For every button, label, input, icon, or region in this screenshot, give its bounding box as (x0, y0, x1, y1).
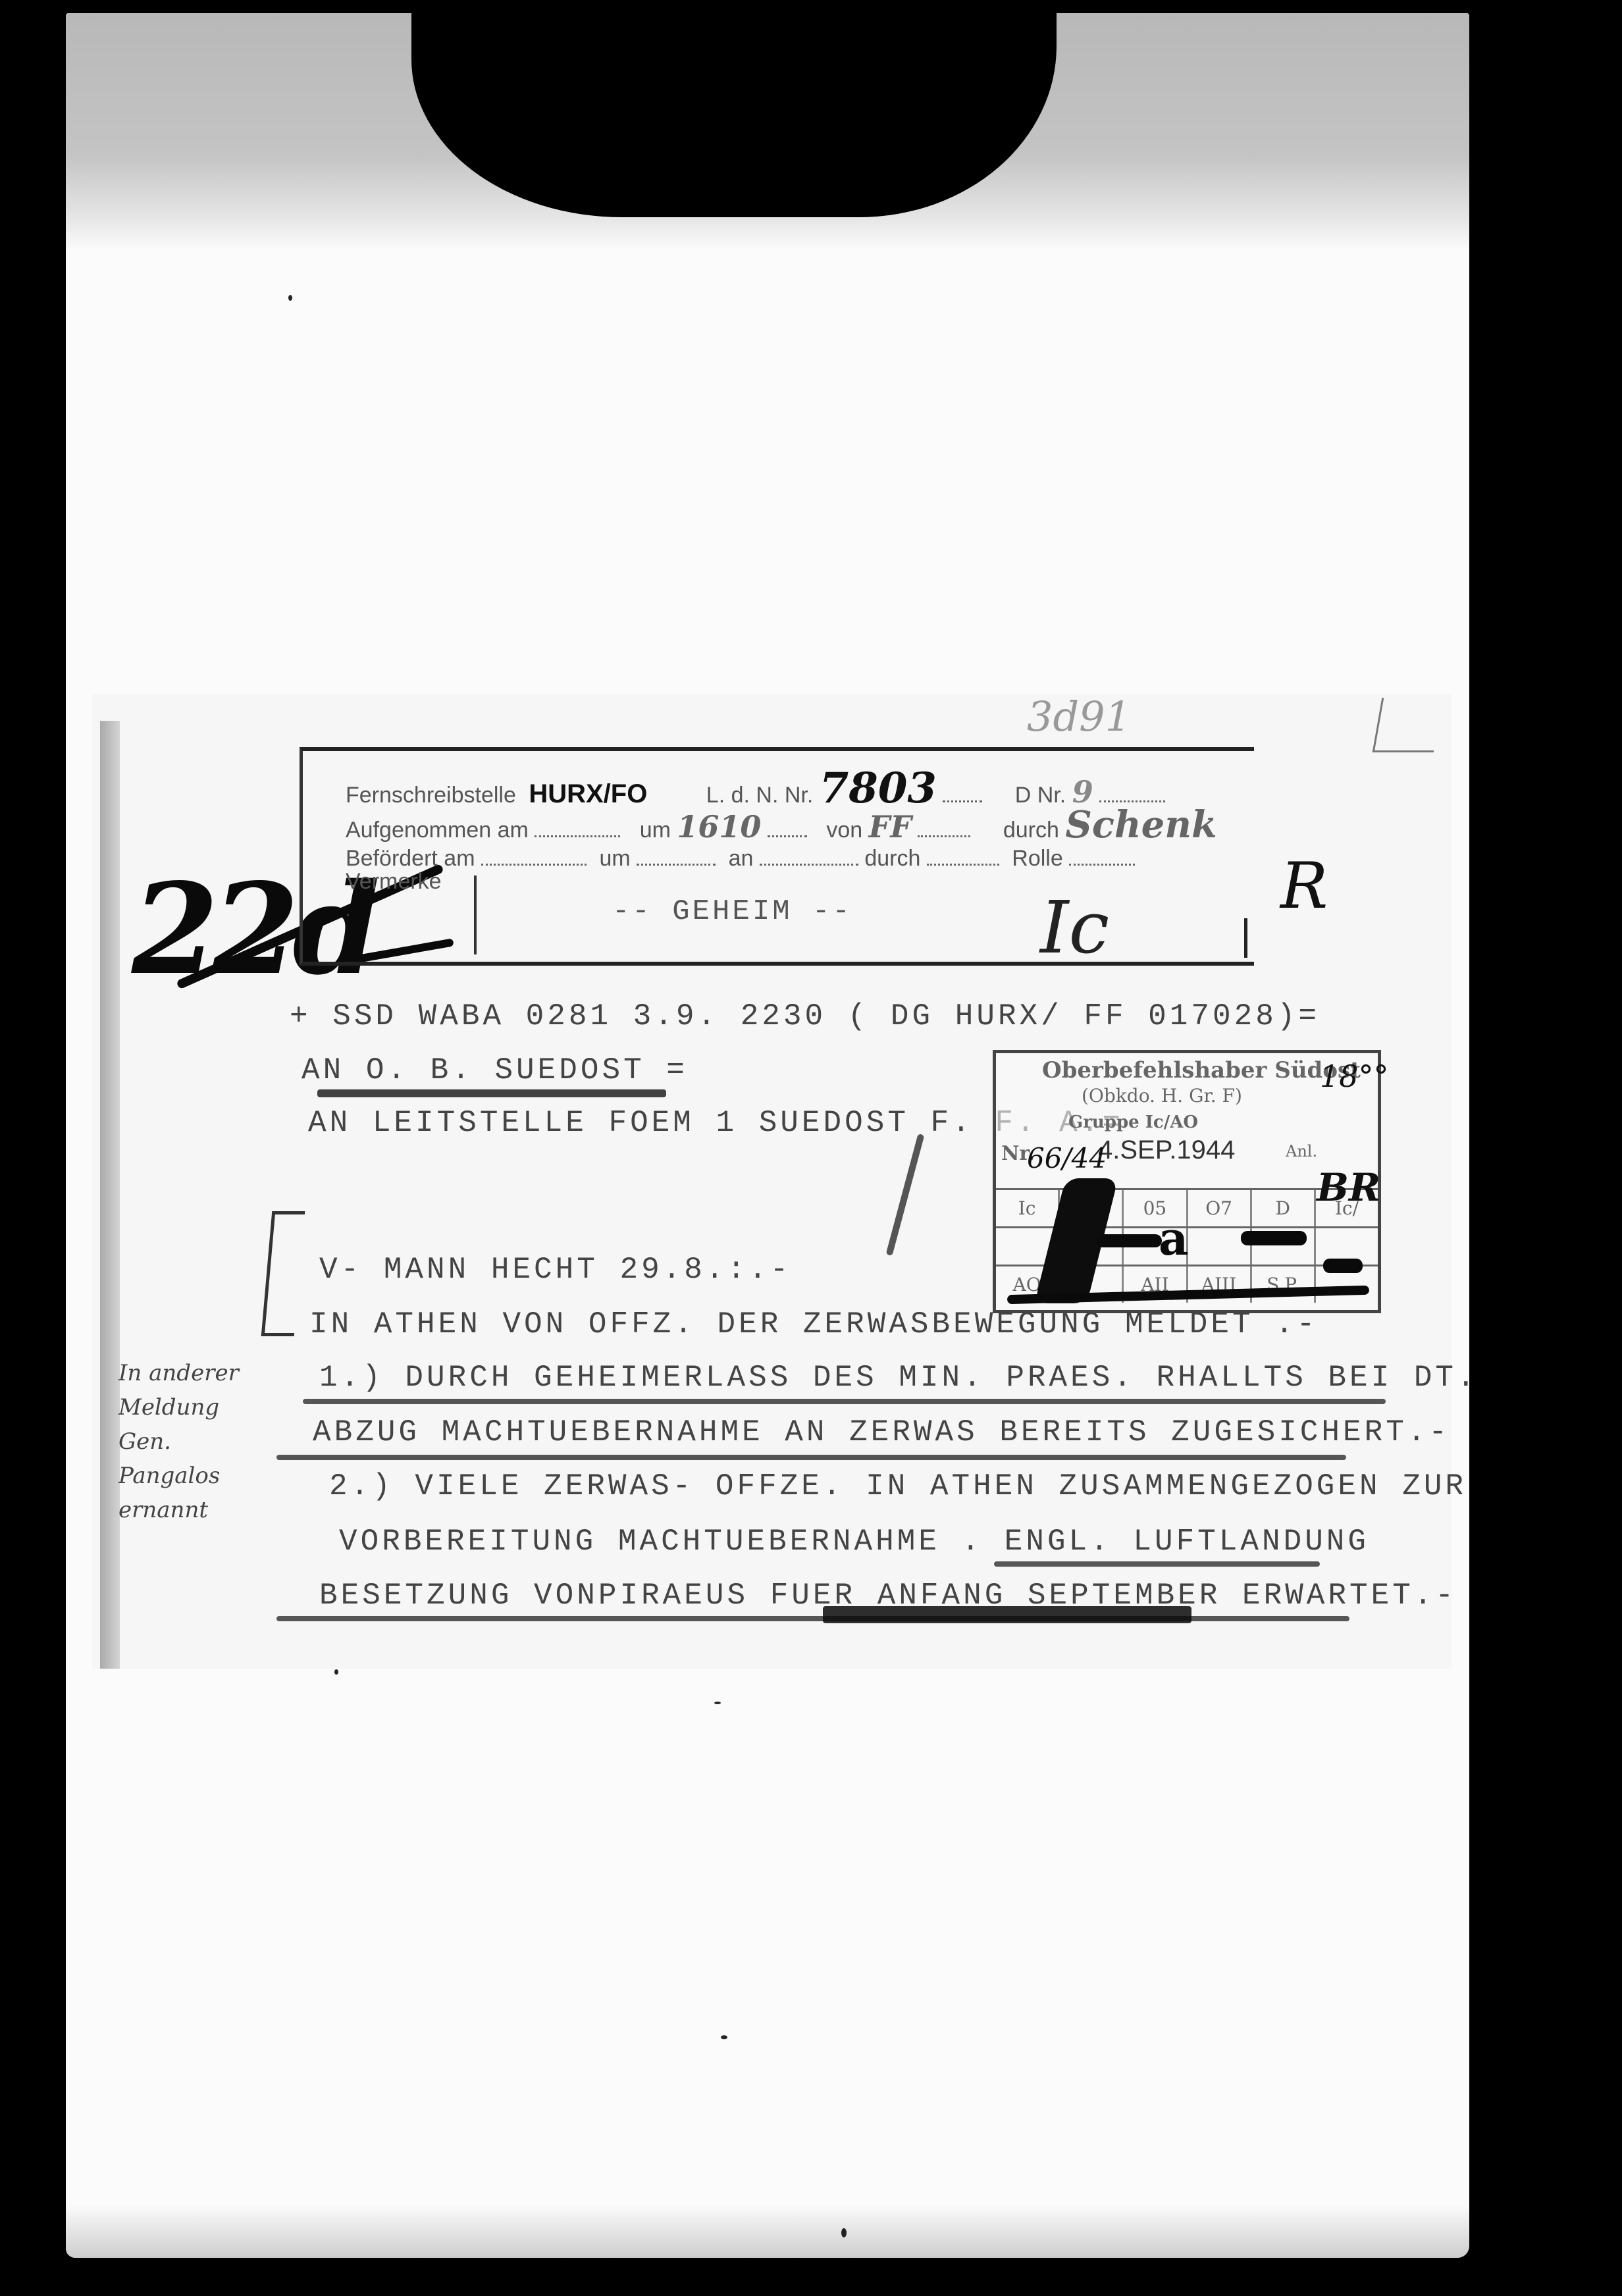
stamp-group: Gruppe Ic/AO (1068, 1112, 1198, 1132)
stamp-initials: BR (1317, 1165, 1380, 1210)
form-border (1244, 918, 1247, 958)
body-line: ABZUG MACHTUEBERNAHME AN ZERWAS BEREITS … (313, 1415, 1450, 1449)
dust-speck (288, 295, 292, 301)
stamp-number-handwritten: 66/44 (1027, 1142, 1107, 1174)
pen-stroke (1323, 1259, 1363, 1273)
stamp-time-handwritten: 18°° (1320, 1058, 1389, 1094)
received-from: FF (869, 809, 912, 845)
section-mark: Ic (1040, 885, 1109, 970)
folded-corner (1373, 698, 1444, 752)
pen-stroke (1241, 1231, 1307, 1245)
underline (303, 1399, 1386, 1404)
stamp-subtitle: (Obkdo. H. Gr. F) (1082, 1085, 1242, 1107)
received-time: 1610 (677, 809, 761, 845)
received-by: Schenk (1065, 803, 1216, 847)
dust-speck (841, 2228, 847, 2237)
dust-speck (334, 1669, 338, 1675)
underline (317, 1089, 666, 1097)
body-line: 1.) DURCH GEHEIMERLASS DES MIN. PRAES. R… (319, 1361, 1478, 1395)
stamp-attachment-label: Anl. (1286, 1142, 1317, 1161)
classification-label: -- GEHEIM -- (612, 895, 852, 928)
margin-note: In anderer Meldung Gen. Pangalos ernannt (118, 1356, 270, 1527)
form-row-notes: Vermerke (346, 869, 442, 895)
routing-mark: R (1280, 849, 1328, 923)
notes-divider (474, 875, 477, 954)
body-line: VORBEREITUNG MACHTUEBERNAHME . ENGL. LUF… (339, 1525, 1369, 1559)
form-row-forwarded: Befördert am um an durch Rolle (346, 846, 1135, 872)
page-bottom-shadow (66, 2205, 1469, 2258)
recipient-1: AN O. B. SUEDOST = (301, 1053, 688, 1087)
form-row-received: Aufgenommen am um 1610 von FF durch Sche… (346, 803, 1217, 847)
heavy-underline (823, 1606, 1191, 1623)
dust-speck (714, 1702, 721, 1704)
slip-edge (100, 721, 120, 1669)
page-notch-cutout (411, 13, 1057, 217)
stamp-title: Oberbefehlshaber Südost (1042, 1057, 1361, 1083)
stamp-date: 4.SEP.1944 (1098, 1135, 1235, 1165)
underline (994, 1561, 1320, 1567)
dust-speck (721, 2035, 727, 2039)
pen-stroke (1096, 1234, 1162, 1247)
archive-reference: 3d91 (1027, 692, 1131, 741)
body-line: 2.) VIELE ZERWAS- OFFZE. IN ATHEN ZUSAMM… (329, 1469, 1467, 1503)
underline (276, 1455, 1346, 1460)
body-line: V- MANN HECHT 29.8.:.- (319, 1253, 791, 1287)
stamp-handwritten-mark: a (1159, 1211, 1188, 1266)
routing-line: + SSD WABA 0281 3.9. 2230 ( DG HURX/ FF … (290, 999, 1320, 1033)
